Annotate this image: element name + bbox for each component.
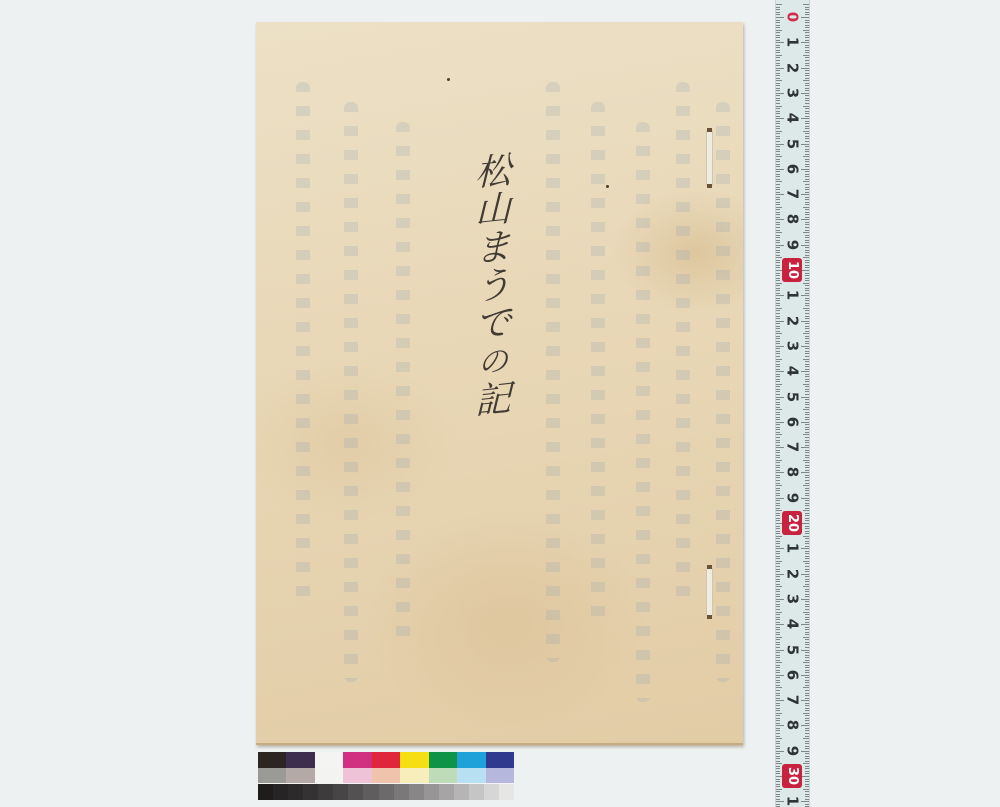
ruler-tick [805,212,809,213]
ruler-tick [805,348,809,349]
ruler-tick [776,758,780,759]
ruler-tick [805,22,809,23]
ruler-tick [776,384,782,385]
ruler-tick [776,283,782,284]
ruler-tick [776,644,780,645]
ruler-tick [803,637,809,638]
ruler-tick [805,318,809,319]
ruler-tick [805,75,809,76]
ruler-tick [805,27,809,28]
ruler-tick [805,285,809,286]
ruler-tick [805,743,809,744]
ruler-tick [776,614,780,615]
ruler-tick [776,379,780,380]
ruler-tick [776,37,780,38]
ruler-tick [776,680,780,681]
document-title: 松山まうでの記 [468,154,518,420]
ruler-tick [805,553,809,554]
ruler-tick [776,652,780,653]
ruler-tick [776,589,780,590]
ruler-tick [805,682,809,683]
ruler-tick [776,73,780,74]
ruler-tick [776,316,780,317]
ruler-tick [776,154,780,155]
ruler-tick [776,75,780,76]
ruler-tick [805,52,809,53]
ruler-tick [776,730,780,731]
ruler-tick [805,338,809,339]
ruler-tick [776,710,780,711]
ruler-tick [776,133,780,134]
ruler-tick [803,561,809,562]
ruler-tick [803,713,809,714]
ruler-tick [776,409,782,410]
ruler-tick [805,85,809,86]
ruler-tick [803,662,809,663]
ruler-label: 8 [783,209,803,230]
ruler-tick [805,402,809,403]
ruler-tick [805,32,809,33]
ruler-tick [805,576,809,577]
color-patch [303,784,318,800]
ruler-tick [776,432,780,433]
ruler-tick [805,290,809,291]
ruler-tick [805,407,809,408]
ruler-tick [805,427,809,428]
ruler-tick [805,176,809,177]
ruler-tick [776,197,780,198]
ruler-tick [805,606,809,607]
ruler-tick [805,660,809,661]
ruler-tick [803,485,809,486]
ruler-tick [776,665,780,666]
ruler-tick [776,376,780,377]
ruler-tick [776,22,780,23]
ruler-tick [776,538,780,539]
color-patch [315,752,343,768]
ruler-tick [776,705,780,706]
ruler-tick [803,106,809,107]
ruler-tick [805,151,809,152]
ruler-tick [776,217,780,218]
color-patch [372,768,400,783]
ruler-tick [805,424,809,425]
ruler-tick [776,440,780,441]
ruler-label: 30 [782,764,802,788]
ruler-tick [776,437,780,438]
ruler-label: 10 [782,258,802,282]
ruler-tick [776,518,780,519]
ruler-tick [805,141,809,142]
ruler-tick [805,166,809,167]
ruler-tick [805,262,809,263]
ruler-tick [805,768,809,769]
ruler-tick [776,637,782,638]
ruler-tick [776,278,780,279]
ruler-tick [776,490,780,491]
ruler-tick [776,351,780,352]
ruler-label: 9 [783,487,803,508]
ruler-label: 1 [783,285,803,306]
ruler-tick [805,381,809,382]
ruler-tick [803,536,809,537]
ruler-tick [805,250,809,251]
ruler-tick [805,771,809,772]
ruler-label: 9 [783,234,803,255]
ruler-tick [805,65,809,66]
ruler-tick [805,634,809,635]
ruler-tick [776,293,780,294]
ruler-tick [805,591,809,592]
ruler-tick [805,326,809,327]
ruler-tick [776,184,780,185]
ruler-tick [776,670,780,671]
color-patch [343,768,371,783]
color-patch [315,768,343,783]
ruler-tick [776,505,780,506]
ruler-tick [776,394,780,395]
ruler-tick [776,601,780,602]
ruler-tick [803,384,809,385]
color-patch [400,752,428,768]
ruler-tick [776,462,780,463]
ruler-label: 3 [783,82,803,103]
color-patch [258,768,286,783]
ruler-tick [776,90,780,91]
ruler-tick [805,417,809,418]
ruler-tick [805,503,809,504]
ruler-tick [776,257,782,258]
ruler-tick [805,389,809,390]
ruler-tick [805,437,809,438]
ruler-tick [805,672,809,673]
ruler-tick [805,184,809,185]
ruler-tick [805,756,809,757]
ruler-tick [805,495,809,496]
ruler-tick [776,348,780,349]
ruler-tick [776,361,780,362]
ruler-tick [805,364,809,365]
ruler-tick [805,784,809,785]
ruler-tick [805,73,809,74]
ruler-tick [776,146,780,147]
ruler-tick [803,409,809,410]
ruler-tick [776,70,780,71]
ruler-tick [776,262,780,263]
ruler-tick [776,407,780,408]
ruler-tick [776,429,780,430]
ruler-tick [805,336,809,337]
ruler-tick [776,546,780,547]
ruler-tick [776,52,780,53]
ruler-tick [805,779,809,780]
ruler-tick [776,515,780,516]
title-character: 記 [475,380,511,422]
ruler-tick [776,189,780,190]
color-patch [372,752,400,768]
color-patch [457,768,485,783]
ruler-tick [805,715,809,716]
ruler-tick [805,95,809,96]
ruler-tick [776,179,780,180]
ruler-tick [776,260,780,261]
ruler-tick [776,176,780,177]
ruler-tick [776,508,780,509]
ruler-tick [776,685,780,686]
ruler-tick [805,9,809,10]
ruler-tick [803,738,809,739]
ruler-tick [805,242,809,243]
ruler-tick [805,773,809,774]
ruler-tick [776,336,780,337]
ruler-tick [776,789,782,790]
ruler-tick [776,65,780,66]
ruler-tick [805,369,809,370]
ruler-tick [776,591,780,592]
ruler-tick [776,199,780,200]
ruler-tick [776,128,780,129]
color-patch [258,784,273,800]
ruler-tick [805,343,809,344]
ruler-tick [776,103,780,104]
ruler-tick [776,452,780,453]
ruler-tick [805,601,809,602]
ruler-tick [776,40,780,41]
ruler-tick [805,518,809,519]
ruler-tick [776,794,780,795]
ruler-label: 20 [782,511,802,535]
color-patch [348,784,363,800]
ruler-tick [805,45,809,46]
ruler-tick [805,665,809,666]
ruler-label: 8 [783,462,803,483]
ruler-tick [805,386,809,387]
ruler-tick [805,305,809,306]
ruler-tick [776,541,780,542]
ruler-tick [805,63,809,64]
ruler-tick [776,520,780,521]
ruler-tick [805,718,809,719]
faint-text-column [716,102,730,682]
ruler-tick [776,359,782,360]
ruler-tick [805,179,809,180]
ruler-tick [803,156,809,157]
ruler-tick [805,728,809,729]
ruler-tick [776,14,780,15]
ruler-tick [776,174,780,175]
ruler-tick [776,356,780,357]
ruler-tick [805,419,809,420]
ruler-tick [776,606,780,607]
ruler-tick [776,442,780,443]
ruler-tick [776,298,780,299]
ruler-tick [776,285,780,286]
ruler-tick [805,255,809,256]
ruler-tick [776,100,780,101]
color-patch [343,752,371,768]
ruler-tick [805,280,809,281]
ruler-tick [805,531,809,532]
ruler-tick [805,546,809,547]
ruler-tick [805,786,809,787]
ruler-tick [776,85,780,86]
ruler-tick [776,230,780,231]
ruler-tick [776,290,780,291]
ruler-tick [803,30,809,31]
ruler-tick [805,455,809,456]
ruler-label: 6 [783,158,803,179]
ruler-tick [805,579,809,580]
ruler-tick [805,680,809,681]
ruler-tick [776,123,780,124]
ruler-tick [805,98,809,99]
ruler-tick [805,214,809,215]
ruler-tick [776,224,780,225]
ruler-tick [805,733,809,734]
ruler-tick [805,804,809,805]
ruler-tick [776,343,780,344]
color-patch [258,752,286,768]
ruler-label: 1 [783,32,803,53]
ruler-tick [776,786,780,787]
ruler-tick [776,116,780,117]
ruler-tick [776,149,780,150]
ruler-tick [776,632,780,633]
ruler-label: 0 [783,7,803,28]
ruler-label: 2 [783,57,803,78]
ruler-tick [803,207,809,208]
ruler-tick [776,366,780,367]
ruler-tick [776,78,780,79]
ruler-tick [805,622,809,623]
ruler-tick [805,629,809,630]
ruler-tick [805,83,809,84]
ruler-tick [776,202,780,203]
ruler-tick [776,581,780,582]
ruler-tick [805,533,809,534]
ruler-tick [805,224,809,225]
ruler-tick [805,652,809,653]
ruler-tick [776,414,780,415]
ruler-tick [776,412,780,413]
ruler-tick [776,55,782,56]
ruler-tick [805,627,809,628]
color-patch [363,784,378,800]
ruler-tick [776,493,780,494]
ruler-tick [776,773,780,774]
ruler-tick [805,159,809,160]
ruler-tick [803,586,809,587]
color-patch [499,784,514,800]
color-patch [439,784,454,800]
ruler-tick [805,614,809,615]
color-chart-row-pastel [258,768,514,783]
ruler-tick [776,131,782,132]
ruler-tick [805,90,809,91]
ruler-tick [805,138,809,139]
ruler-tick [776,235,780,236]
ruler-tick [805,470,809,471]
ruler-tick [805,288,809,289]
ruler-tick [805,500,809,501]
ruler-label: 3 [783,335,803,356]
ruler-tick [776,166,780,167]
ruler-tick [805,414,809,415]
ruler-tick [805,766,809,767]
ruler-tick [805,488,809,489]
ruler-tick [805,78,809,79]
ruler-tick [776,556,780,557]
ruler-tick [805,748,809,749]
ruler-tick [805,720,809,721]
ruler-tick [805,695,809,696]
ruler-tick [805,490,809,491]
ruler-tick [776,693,780,694]
ruler-tick [776,804,780,805]
ruler-tick [803,80,809,81]
ruler-tick [776,240,780,241]
ruler-tick [805,594,809,595]
ruler-tick [805,794,809,795]
ruler-tick [805,399,809,400]
ruler-tick [776,733,780,734]
ruler-tick [776,483,780,484]
ruler-tick [805,799,809,800]
ruler-tick [805,252,809,253]
ruler-tick [776,80,782,81]
ruler-label: 2 [783,310,803,331]
ruler-tick [776,455,780,456]
ruler-tick [776,338,780,339]
ruler-tick [776,187,780,188]
ruler-tick [776,558,780,559]
ruler-tick [776,728,780,729]
color-patch [318,784,333,800]
ruler-tick [776,121,780,122]
ruler-tick [805,632,809,633]
ruler-tick [805,394,809,395]
ruler-tick [776,791,780,792]
ruler-tick [776,642,780,643]
ruler-tick [776,779,780,780]
ruler-tick [805,515,809,516]
ruler-tick [776,647,780,648]
ruler-tick [805,113,809,114]
ruler-tick [805,376,809,377]
ruler-label: 1 [783,538,803,559]
ruler-tick [805,7,809,8]
ruler-tick [776,159,780,160]
ruler-tick [805,323,809,324]
ruler-tick [776,738,782,739]
ruler-tick [776,214,780,215]
ruler-tick [805,275,809,276]
ruler-tick [776,662,782,663]
ruler-tick [776,475,780,476]
ruler-tick [805,278,809,279]
ruler-tick [776,389,780,390]
ruler-tick [805,25,809,26]
ruler-tick [776,207,782,208]
ruler-tick [805,723,809,724]
ruler-tick [776,141,780,142]
ruler-tick [776,280,780,281]
ruler-tick [776,303,780,304]
ruler-tick [805,136,809,137]
ruler-tick [805,300,809,301]
ruler-tick [805,710,809,711]
ruler-tick [776,445,780,446]
